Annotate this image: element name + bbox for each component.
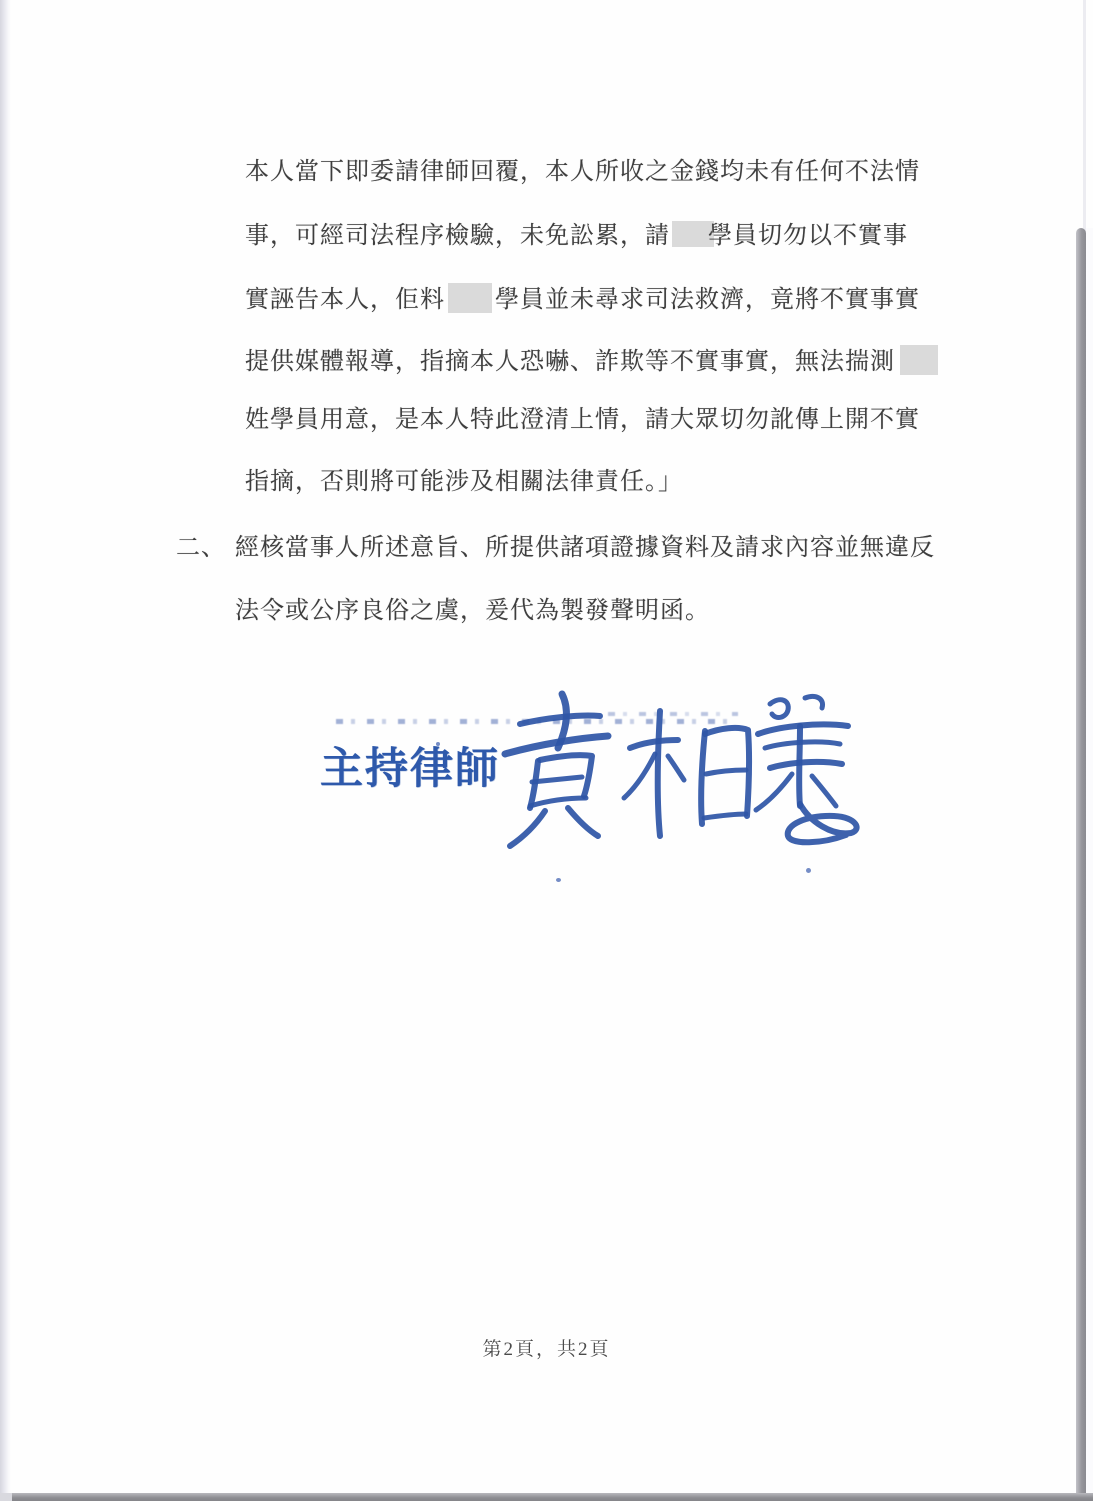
quote-line-3-pre: 實誣告本人，佢料 — [245, 287, 445, 313]
quote-line-2-post: 學員切勿以不實事 — [708, 223, 908, 249]
quote-line-1: 本人當下即委請律師回覆，本人所收之金錢均未有任何不法情 — [245, 160, 920, 184]
page-number-footer: 第2頁，共2頁 — [0, 1340, 1093, 1359]
quote-line-3-post: 學員並未尋求司法救濟，竟將不實事實 — [495, 287, 920, 313]
scanned-document-page: 本人當下即委請律師回覆，本人所收之金錢均未有任何不法情 事，可經司法程序檢驗，未… — [0, 0, 1093, 1501]
item2-line-2: 法令或公序良俗之虞，爰代為製發聲明函。 — [235, 599, 710, 623]
ink-speck — [806, 868, 811, 873]
handwritten-signature: 黃柏榮 — [500, 686, 860, 866]
scan-edge-left — [0, 0, 11, 1501]
scan-edge-right-margin — [1086, 228, 1093, 1501]
ink-speck — [556, 878, 561, 882]
quote-line-3: 實誣告本人，佢料學員並未尋求司法救濟，竟將不實事實 — [245, 283, 920, 313]
scan-edge-bottom-left — [0, 1493, 12, 1501]
quote-line-2: 事，可經司法程序檢驗，未免訟累，請學員切勿以不實事 — [245, 221, 908, 248]
quote-line-4: 提供媒體報導，指摘本人恐嚇、詐欺等不實事實，無法揣測 — [245, 345, 938, 375]
quote-line-2-pre: 事，可經司法程序檢驗，未免訟累，請 — [245, 223, 670, 249]
quote-line-5: 姓學員用意，是本人特此澄清上情，請大眾切勿訛傳上開不實 — [245, 408, 920, 432]
scan-edge-right-faint — [1083, 0, 1086, 232]
quote-line-6: 指摘，否則將可能涉及相關法律責任。」 — [245, 470, 683, 494]
redacted-name-2 — [448, 283, 492, 313]
quote-line-4-pre: 提供媒體報導，指摘本人恐嚇、詐欺等不實事實，無法揣測 — [245, 349, 895, 375]
scan-edge-right — [1076, 228, 1086, 1501]
scan-edge-bottom — [12, 1493, 1093, 1501]
item2-line-1: 經核當事人所述意旨、所提供諸項證據資料及請求內容並無違反 — [235, 536, 935, 560]
signature-title: 主持律師 — [320, 748, 500, 791]
item2-marker: 二、 — [176, 536, 226, 560]
redacted-name-3 — [900, 345, 938, 375]
